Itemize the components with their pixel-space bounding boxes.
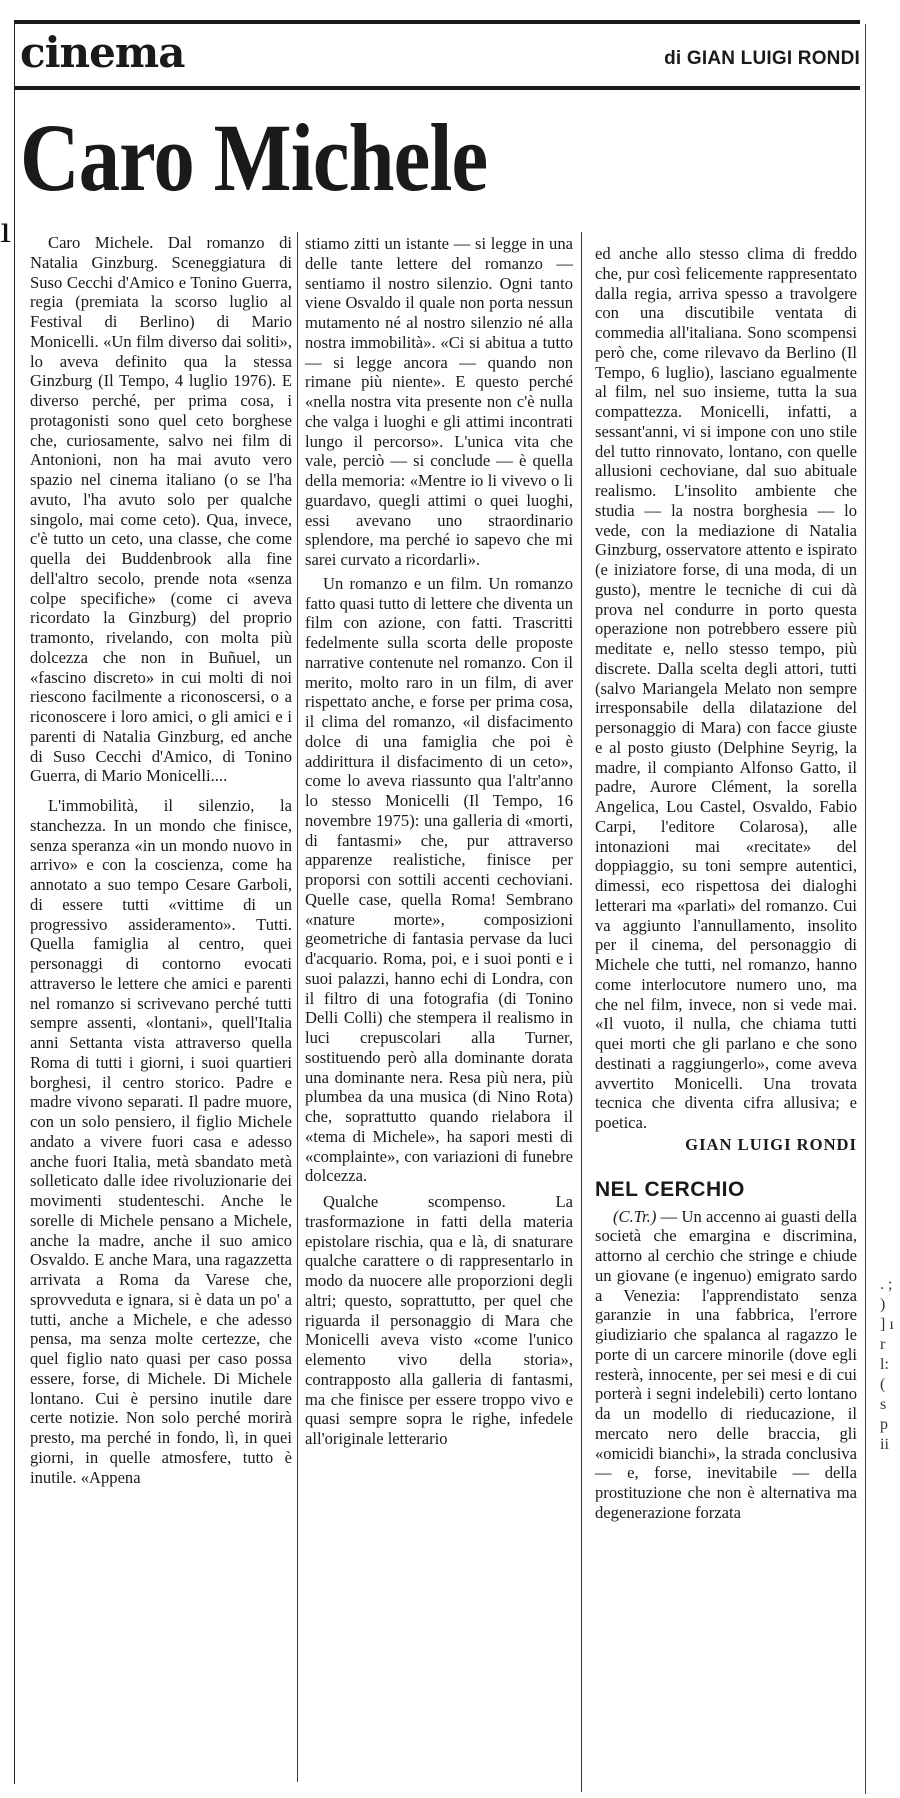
second-article-headline: NEL CERCHIO	[595, 1177, 857, 1203]
paragraph: Un romanzo e un film. Un romanzo fatto q…	[305, 574, 573, 1186]
right-frame-line	[865, 24, 866, 1794]
byline: di GIAN LUIGI RONDI	[664, 48, 860, 70]
second-article-body: (C.Tr.) — Un accenno ai guasti della soc…	[595, 1207, 857, 1523]
article-title: Caro Michele	[20, 108, 487, 208]
signature: GIAN LUIGI RONDI	[595, 1135, 857, 1155]
column-divider-2	[581, 232, 582, 1792]
paragraph: L'immobilità, il silenzio, la stanchezza…	[30, 796, 292, 1487]
paragraph: Caro Michele. Dal romanzo di Natalia Gin…	[30, 233, 292, 786]
column-2: stiamo zitti un istante — si legge in un…	[305, 234, 573, 1449]
column-divider-1	[297, 232, 298, 1782]
left-frame-line	[14, 24, 15, 1784]
author-tag: (C.Tr.)	[613, 1207, 656, 1226]
margin-fragment: . ; ) ] ı r l: ( s p ii	[880, 1275, 894, 1455]
header-top-rule	[14, 20, 860, 24]
paragraph: ed anche allo stesso clima di freddo che…	[595, 244, 857, 1133]
section-label: cinema	[20, 28, 184, 78]
column-3: ed anche allo stesso clima di freddo che…	[595, 244, 857, 1523]
column-1: Caro Michele. Dal romanzo di Natalia Gin…	[30, 233, 292, 1487]
paragraph: Qualche scompenso. La trasformazione in …	[305, 1192, 573, 1449]
left-margin-mark: ı	[0, 205, 11, 252]
header-bottom-rule	[14, 86, 860, 90]
second-article-text: — Un accenno ai guasti della società che…	[595, 1207, 857, 1522]
paragraph: stiamo zitti un istante — si legge in un…	[305, 234, 573, 570]
